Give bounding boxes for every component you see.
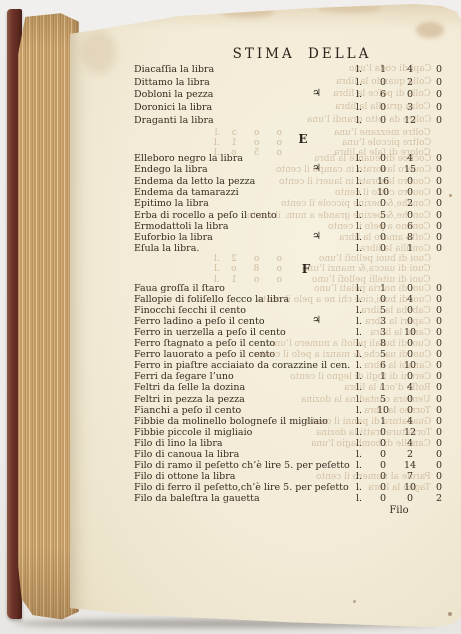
currency-abbrev: l.: [356, 493, 370, 504]
currency-abbrev: l.: [356, 210, 370, 221]
price-denari: 0: [424, 460, 454, 471]
price-soldi: 0: [396, 493, 424, 504]
price-denari: 0: [424, 316, 454, 327]
item-name: Ferro ſtagnato a peſo il cento: [134, 338, 356, 349]
item-name: Feltri da ſelle la dozina: [134, 382, 356, 393]
currency-abbrev: l.: [356, 382, 370, 393]
price-lire: 0: [370, 493, 396, 504]
price-row: Endema da letto la pezzal.1600: [134, 176, 454, 188]
item-name: Finocchi ſecchi il cento: [134, 305, 356, 316]
show-through-line: Cuoi di uacca,& manzi l’uno: [302, 264, 431, 274]
item-name: Epitimo la libra: [134, 198, 356, 209]
show-through-numbers: o 8 o .l: [162, 264, 282, 274]
price-row: Eſula la libra.l.010: [134, 243, 454, 255]
price-row: Endego la libra♃l.0150: [134, 164, 454, 176]
price-soldi: 10: [396, 327, 424, 338]
item-name: Ferro in uerzella a peſo il cento: [134, 327, 356, 338]
price-denari: 0: [424, 416, 454, 427]
price-row: Ermodattoli la libral.060: [134, 221, 454, 233]
currency-abbrev: l.: [356, 294, 370, 305]
item-name: Endema da tamarazzi: [134, 187, 356, 198]
price-row: Endema da tamarazzil.1000: [134, 187, 454, 199]
currency-abbrev: l.: [356, 394, 370, 405]
price-denari: 0: [424, 115, 454, 126]
price-lire: 0: [370, 232, 396, 243]
price-soldi: 0: [396, 349, 424, 360]
item-name: Faua groſſa il ſtaro: [134, 283, 356, 294]
price-lire: 0: [370, 198, 396, 209]
price-soldi: 0: [396, 305, 424, 316]
price-soldi: 2: [396, 77, 424, 88]
price-denari: 0: [424, 427, 454, 438]
price-soldi: 0: [396, 316, 424, 327]
item-name: Diacaſſia la libra: [134, 64, 356, 75]
price-lire: 0: [370, 482, 396, 493]
currency-abbrev: l.: [356, 427, 370, 438]
price-lire: 5: [370, 394, 396, 405]
price-denari: 0: [424, 64, 454, 75]
currency-abbrev: l.: [356, 102, 370, 113]
price-denari: 0: [424, 471, 454, 482]
currency-abbrev: l.: [356, 153, 370, 164]
currency-abbrev: l.: [356, 187, 370, 198]
currency-abbrev: l.: [356, 482, 370, 493]
price-denari: 0: [424, 405, 454, 416]
show-through-line: Cuoi di buoi pelloſi l’uno: [319, 254, 431, 264]
price-soldi: 1: [396, 243, 424, 254]
price-soldi: 0: [396, 89, 424, 100]
price-denari: 0: [424, 243, 454, 254]
price-denari: 0: [424, 360, 454, 371]
price-soldi: 0: [396, 338, 424, 349]
price-row: Diacaſſia la libral.140: [134, 64, 454, 76]
price-lire: 5: [370, 305, 396, 316]
item-name: Filo di canoua la libra: [134, 449, 356, 460]
currency-abbrev: l.: [356, 460, 370, 471]
currency-abbrev: l.: [356, 221, 370, 232]
item-name: Fibbie piccole il migliaio: [134, 427, 356, 438]
price-lire: 10: [370, 405, 396, 416]
show-through-line: Coltre mezzane l’una: [334, 128, 431, 138]
price-lire: 5: [370, 349, 396, 360]
price-soldi: 0: [396, 394, 424, 405]
price-lire: 1: [370, 416, 396, 427]
currency-abbrev: l.: [356, 438, 370, 449]
item-name: Ferro lauorato a peſo il cento: [134, 349, 356, 360]
price-soldi: 4: [396, 294, 424, 305]
item-name: Filo da baleſtra la gauetta: [134, 493, 356, 504]
price-denari: 0: [424, 294, 454, 305]
section-letter: F: [297, 262, 315, 276]
price-soldi: 0: [396, 405, 424, 416]
printed-text-block: STIMA DELLA Diacaſſia la libral.140Ditta…: [70, 4, 461, 632]
printer-mark-icon: ♃: [312, 231, 321, 242]
item-name: Feltri in pezza la pezza: [134, 394, 356, 405]
item-name: Ferro ladino a peſo il cento: [134, 316, 356, 327]
price-row: Filo da baleſtra la gauettal.002: [134, 493, 454, 505]
price-lire: 6: [370, 360, 396, 371]
item-name: Doronici la libra: [134, 102, 356, 113]
show-through-numbers: o o 1 .l: [162, 138, 282, 148]
price-row: Epitimo la libral.020: [134, 198, 454, 210]
price-soldi: 12: [396, 115, 424, 126]
currency-abbrev: l.: [356, 176, 370, 187]
item-name: Fibbie da molinello bologneſe il migliai…: [134, 416, 356, 427]
price-soldi: 8: [396, 232, 424, 243]
price-soldi: 2: [396, 449, 424, 460]
currency-abbrev: l.: [356, 338, 370, 349]
price-lire: 0: [370, 77, 396, 88]
currency-abbrev: l.: [356, 77, 370, 88]
price-denari: 0: [424, 210, 454, 221]
price-denari: 0: [424, 77, 454, 88]
price-soldi: 0: [396, 176, 424, 187]
price-denari: 0: [424, 198, 454, 209]
item-name: Filo di ramo il peſetto ch’è lire 5. per…: [134, 460, 356, 471]
item-name: Elleboro negro la libra: [134, 153, 356, 164]
price-denari: 0: [424, 449, 454, 460]
printer-mark-icon: ♃: [312, 163, 321, 174]
price-soldi: 4: [396, 438, 424, 449]
price-row: Euforbio la libra♃l.080: [134, 232, 454, 244]
item-name: Endema da letto la pezza: [134, 176, 356, 187]
currency-abbrev: l.: [356, 327, 370, 338]
item-name: Euforbio la libra: [134, 232, 356, 243]
show-through-line: Coltre piccole l’una: [342, 138, 431, 148]
price-denari: 0: [424, 221, 454, 232]
currency-abbrev: l.: [356, 283, 370, 294]
page-title: STIMA DELLA: [189, 46, 415, 62]
price-denari: 0: [424, 382, 454, 393]
page-edges: [18, 12, 79, 620]
currency-abbrev: l.: [356, 64, 370, 75]
item-name: Dobloni la pezza: [134, 89, 356, 100]
price-lire: 0: [370, 427, 396, 438]
item-name: Fallopie di foliſello ſecco la libra: [134, 294, 356, 305]
price-lire: 0: [370, 221, 396, 232]
price-lire: 8: [370, 338, 396, 349]
currency-abbrev: l.: [356, 449, 370, 460]
price-lire: 3: [370, 316, 396, 327]
currency-abbrev: l.: [356, 164, 370, 175]
price-row: Elleboro negro la libral.040: [134, 153, 454, 165]
price-soldi: 7: [396, 471, 424, 482]
currency-abbrev: l.: [356, 360, 370, 371]
currency-abbrev: l.: [356, 416, 370, 427]
item-name: Filo di ottone la libra: [134, 471, 356, 482]
price-denari: 0: [424, 164, 454, 175]
currency-abbrev: l.: [356, 316, 370, 327]
price-denari: 0: [424, 176, 454, 187]
price-row: Doronici la libral.030: [134, 102, 454, 114]
item-name: Filo di lino la libra: [134, 438, 356, 449]
price-denari: 0: [424, 371, 454, 382]
item-name: Filo di ferro il peſetto,ch’è lire 5. pe…: [134, 482, 356, 493]
book-page: STIMA DELLA Diacaſſia la libral.140Ditta…: [70, 4, 461, 632]
currency-abbrev: l.: [356, 115, 370, 126]
price-soldi: 4: [396, 382, 424, 393]
item-name: Ferro in piaſtre acciaiato da corazzine …: [134, 360, 356, 371]
price-lire: 1: [370, 382, 396, 393]
currency-abbrev: l.: [356, 89, 370, 100]
item-name: Erba di rocello a peſo il cento: [134, 210, 356, 221]
price-denari: 0: [424, 482, 454, 493]
price-lire: 16: [370, 176, 396, 187]
currency-abbrev: l.: [356, 305, 370, 316]
price-soldi: 0: [396, 283, 424, 294]
price-lire: 0: [370, 294, 396, 305]
price-soldi: 10: [396, 360, 424, 371]
price-denari: 0: [424, 394, 454, 405]
price-denari: 0: [424, 102, 454, 113]
price-soldi: 0: [396, 210, 424, 221]
price-denari: 0: [424, 327, 454, 338]
price-denari: 0: [424, 349, 454, 360]
price-denari: 0: [424, 338, 454, 349]
price-denari: 0: [424, 305, 454, 316]
printer-mark-icon: ♃: [312, 88, 321, 99]
price-row: Erba di rocello a peſo il centol.500: [134, 210, 454, 222]
price-denari: 2: [424, 493, 454, 504]
price-soldi: 4: [396, 416, 424, 427]
catchword: Filo: [375, 505, 423, 516]
price-soldi: 10: [396, 482, 424, 493]
printer-mark-icon: ♃: [312, 315, 321, 326]
book-photo: STIMA DELLA Diacaſſia la libral.140Ditta…: [0, 0, 461, 634]
price-lire: 1: [370, 64, 396, 75]
show-through-numbers: o o ɔ .l: [162, 128, 282, 138]
price-denari: 0: [424, 438, 454, 449]
price-lire: 0: [370, 438, 396, 449]
price-lire: 1: [370, 283, 396, 294]
price-denari: 0: [424, 153, 454, 164]
item-name: Draganti la libra: [134, 115, 356, 126]
price-lire: 0: [370, 102, 396, 113]
show-through-numbers: o o 2 .l: [162, 254, 282, 264]
currency-abbrev: l.: [356, 198, 370, 209]
price-row: Dittamo la libral.020: [134, 77, 454, 89]
item-name: Endego la libra: [134, 164, 356, 175]
price-denari: 0: [424, 187, 454, 198]
currency-abbrev: l.: [356, 471, 370, 482]
price-lire: 0: [370, 460, 396, 471]
price-soldi: 2: [396, 198, 424, 209]
price-lire: 0: [370, 471, 396, 482]
price-soldi: 0: [396, 371, 424, 382]
price-soldi: 15: [396, 164, 424, 175]
price-lire: 10: [370, 187, 396, 198]
price-lire: 3: [370, 327, 396, 338]
price-lire: 5: [370, 210, 396, 221]
price-lire: 0: [370, 115, 396, 126]
item-name: Dittamo la libra: [134, 77, 356, 88]
price-denari: 0: [424, 283, 454, 294]
price-soldi: 12: [396, 427, 424, 438]
item-name: Ferri da ſegare l’uno: [134, 371, 356, 382]
price-row: Dobloni la pezza♃l.600: [134, 89, 454, 101]
currency-abbrev: l.: [356, 232, 370, 243]
item-name: Fianchi a peſo il cento: [134, 405, 356, 416]
price-lire: 0: [370, 449, 396, 460]
currency-abbrev: l.: [356, 371, 370, 382]
section-letter: E: [294, 132, 312, 146]
price-lire: 0: [370, 153, 396, 164]
item-name: Eſula la libra.: [134, 243, 356, 254]
price-denari: 0: [424, 89, 454, 100]
price-soldi: 14: [396, 460, 424, 471]
price-soldi: 0: [396, 187, 424, 198]
currency-abbrev: l.: [356, 243, 370, 254]
price-lire: 6: [370, 89, 396, 100]
price-soldi: 4: [396, 153, 424, 164]
price-soldi: 6: [396, 221, 424, 232]
price-soldi: 4: [396, 64, 424, 75]
price-soldi: 3: [396, 102, 424, 113]
price-lire: 0: [370, 243, 396, 254]
price-lire: 1: [370, 371, 396, 382]
item-name: Ermodattoli la libra: [134, 221, 356, 232]
price-lire: 0: [370, 164, 396, 175]
currency-abbrev: l.: [356, 349, 370, 360]
currency-abbrev: l.: [356, 405, 370, 416]
price-denari: 0: [424, 232, 454, 243]
price-row: Draganti la libral.0120: [134, 115, 454, 127]
